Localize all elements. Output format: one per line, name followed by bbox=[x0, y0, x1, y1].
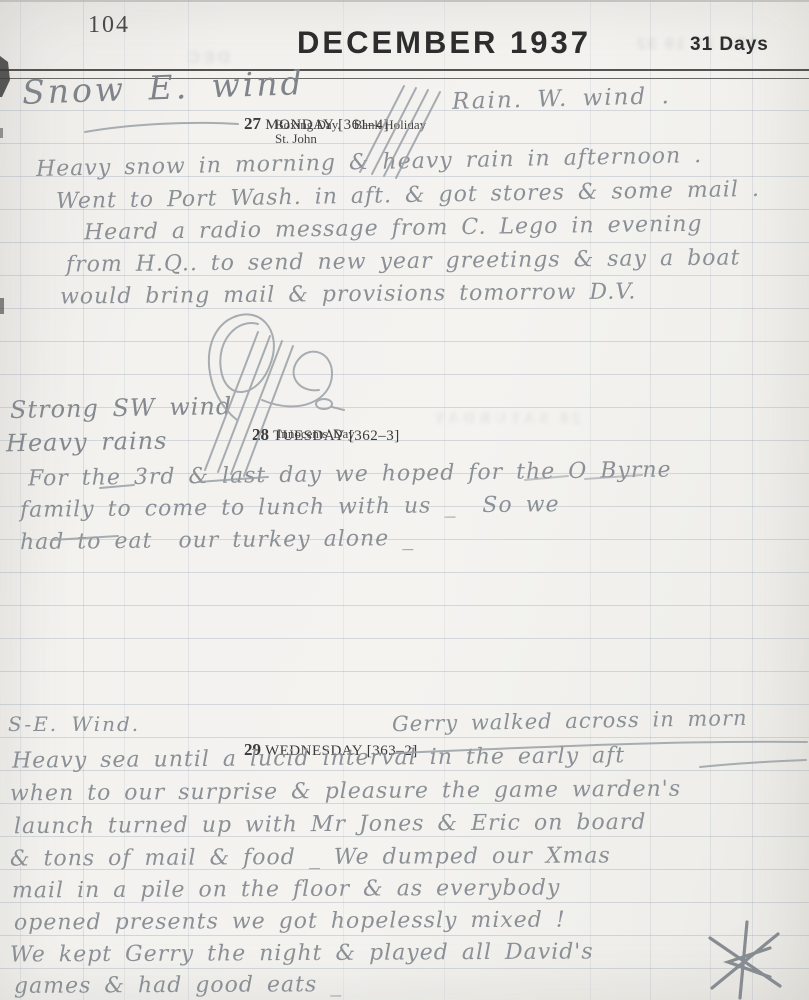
weather-note-right: Rain. W. wind . bbox=[452, 83, 671, 115]
dash-stroke bbox=[700, 760, 806, 767]
handwriting-line: launch turned up with Mr Jones & Eric on… bbox=[14, 810, 647, 839]
day-code: [362–3] bbox=[349, 428, 400, 444]
holiday-note: Innocents' Day bbox=[277, 426, 355, 442]
weather-note-left: Heavy rains bbox=[6, 427, 168, 458]
handwriting-line: We kept Gerry the night & played all Dav… bbox=[10, 939, 594, 967]
diary-page-scan: DEC SEC 29 19 32 28 SATURDAY 104 DECEMBE… bbox=[0, 0, 809, 1000]
weather-note-left: S-E. Wind. bbox=[8, 712, 140, 736]
page-number: 104 bbox=[88, 12, 130, 39]
asterisk-star-doodle bbox=[710, 922, 780, 998]
days-in-month-label: 31 Days bbox=[690, 34, 769, 56]
holiday-note: St. John bbox=[275, 131, 317, 147]
handwriting-line: had to eat our turkey alone _ bbox=[20, 526, 414, 555]
handwriting-line: from H.Q.. to send new year greetings & … bbox=[66, 245, 741, 277]
weather-note-left: Strong SW wind bbox=[10, 392, 233, 424]
handwriting-line: when to our surprise & pleasure the game… bbox=[10, 777, 681, 807]
handwriting-line: would bring mail & provisions tomorrow D… bbox=[60, 279, 637, 309]
handwriting-line: For the 3rd & last day we hoped for the … bbox=[28, 458, 672, 492]
month-year-title: DECEMBER 1937 bbox=[297, 25, 591, 62]
day-number: 28 bbox=[252, 425, 269, 444]
handwriting-line: & tons of mail & food _ We dumped our Xm… bbox=[10, 843, 611, 871]
handwriting-line: mail in a pile on the floor & as everybo… bbox=[12, 876, 560, 904]
handwriting-line: Went to Port Wash. in aft. & got stores … bbox=[56, 177, 760, 214]
handwriting-line: games & had good eats _ bbox=[14, 972, 342, 999]
underline-stroke bbox=[85, 123, 238, 132]
handwriting-line: family to come to lunch with us _ So we bbox=[20, 492, 560, 523]
scan-edge-artifact bbox=[0, 56, 10, 314]
scan-edge-artifact bbox=[0, 0, 809, 2]
handwriting-inline-note: Gerry walked across in morn bbox=[392, 706, 748, 736]
handwriting-line: Heard a radio message from C. Lego in ev… bbox=[84, 212, 703, 246]
scribble-doodle bbox=[262, 352, 332, 407]
day-number: 27 bbox=[244, 114, 261, 133]
bleedthrough-text: 28 SATURDAY bbox=[430, 410, 580, 428]
margin-line bbox=[752, 0, 753, 1000]
handwriting-line: opened presents we got hopelessly mixed … bbox=[14, 908, 566, 936]
handwriting-line: Heavy sea until a lucid interval in the … bbox=[12, 743, 625, 773]
margin-line bbox=[710, 0, 711, 1000]
